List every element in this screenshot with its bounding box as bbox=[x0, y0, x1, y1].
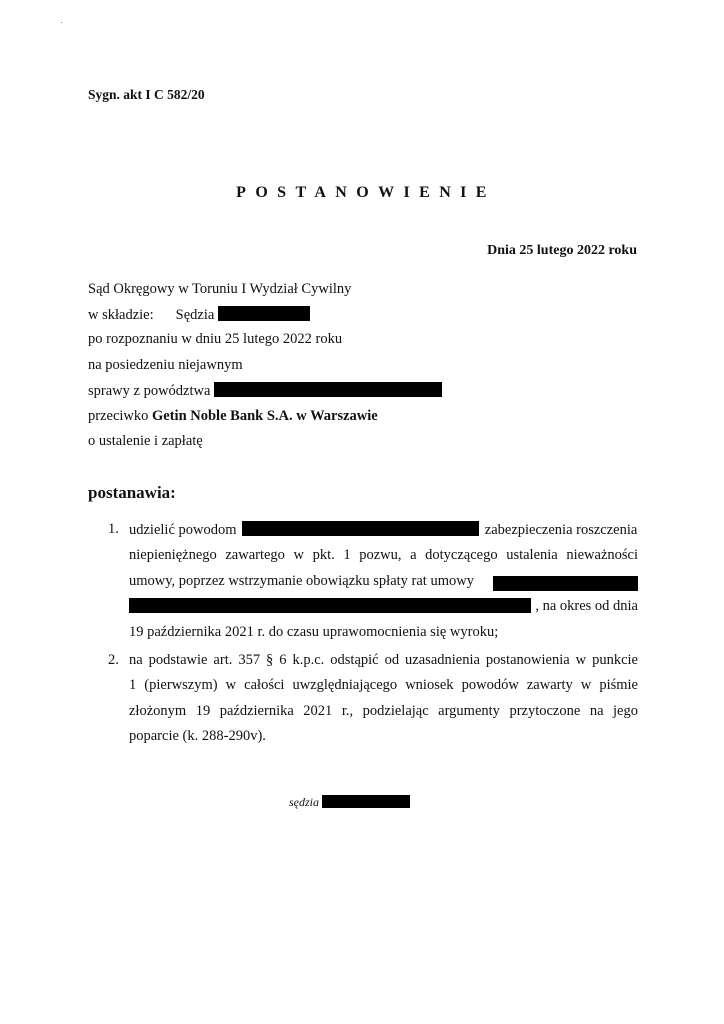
point-1-text: udzielić powodom bbox=[129, 522, 237, 538]
against-label: przeciwko bbox=[88, 408, 148, 424]
redacted-contract-details bbox=[129, 598, 531, 613]
redacted-plaintiffs bbox=[242, 521, 479, 536]
redacted-signature bbox=[322, 795, 410, 808]
point-1-text: , na okres od dnia bbox=[535, 598, 638, 615]
point-2-line-4: poparcie (k. 288-290v). bbox=[129, 728, 638, 745]
redacted-judge-name bbox=[218, 306, 310, 321]
redacted-plaintiffs bbox=[214, 382, 442, 397]
defendant-name: Getin Noble Bank S.A. w Warszawie bbox=[152, 408, 378, 424]
composition-line: w składzie:Sędzia bbox=[88, 306, 310, 324]
point-1-line-2: niepieniężnego zawartego w pkt. 1 pozwu,… bbox=[129, 547, 638, 564]
redacted-contract bbox=[493, 576, 638, 591]
point-1-text: zabezpieczenia roszczenia bbox=[485, 522, 638, 538]
point-2-number: 2. bbox=[108, 652, 119, 669]
point-1-number: 1. bbox=[108, 521, 119, 538]
signature-label: sędzia bbox=[289, 795, 319, 809]
point-1-line-3: umowy, poprzez wstrzymanie obowiązku spł… bbox=[129, 573, 638, 591]
document-date: Dnia 25 lutego 2022 roku bbox=[487, 243, 637, 259]
document-title: POSTANOWIENIE bbox=[0, 184, 724, 202]
decision-heading: postanawia: bbox=[88, 483, 176, 503]
case-signature: Sygn. akt I C 582/20 bbox=[88, 87, 205, 103]
defendant-line: przeciwko Getin Noble Bank S.A. w Warsza… bbox=[88, 408, 378, 425]
hearing-line: po rozpoznaniu w dniu 25 lutego 2022 rok… bbox=[88, 331, 342, 348]
point-1-line-1: udzielić powodom zabezpieczenia roszczen… bbox=[129, 521, 638, 539]
point-1-line-5: 19 października 2021 r. do czasu uprawom… bbox=[129, 624, 638, 641]
point-2-line-2: 1 (pierwszym) w całości uwzględniającego… bbox=[129, 677, 638, 694]
claim-label: sprawy z powództwa bbox=[88, 383, 210, 399]
point-1-line-4: , na okres od dnia bbox=[129, 598, 638, 616]
point-2-line-3: złożonym 19 października 2021 r., podzie… bbox=[129, 703, 638, 720]
subject-line: o ustalenie i zapłatę bbox=[88, 433, 203, 450]
claim-line: sprawy z powództwa bbox=[88, 382, 442, 400]
court-name: Sąd Okręgowy w Toruniu I Wydział Cywilny bbox=[88, 281, 351, 298]
composition-label: w składzie: bbox=[88, 307, 154, 323]
scan-artifact bbox=[61, 22, 62, 23]
signature-line: sędzia bbox=[289, 795, 410, 810]
session-line: na posiedzeniu niejawnym bbox=[88, 357, 243, 374]
point-1-text: umowy, poprzez wstrzymanie obowiązku spł… bbox=[129, 573, 474, 589]
judge-label: Sędzia bbox=[176, 307, 215, 323]
point-2-line-1: na podstawie art. 357 § 6 k.p.c. odstąpi… bbox=[129, 652, 638, 669]
